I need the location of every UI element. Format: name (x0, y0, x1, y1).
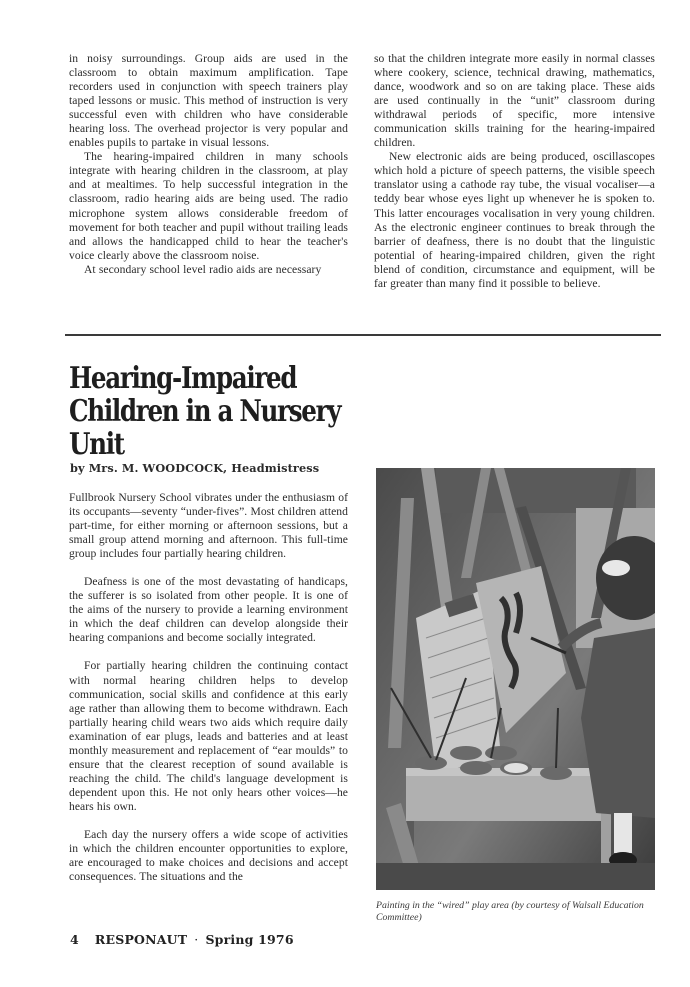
painting-child-photo-icon (376, 468, 655, 890)
article-body: Fullbrook Nursery School vibrates under … (69, 491, 348, 884)
paragraph: At secondary school level radio aids are… (69, 263, 348, 277)
title-line: Hearing-Impaired (69, 362, 348, 395)
top-left-column: in noisy surroundings. Group aids are us… (69, 52, 348, 277)
paragraph: For partially hearing children the conti… (69, 659, 348, 814)
title-line: Unit (69, 428, 348, 461)
photo-caption: Painting in the “wired” play area (by co… (376, 900, 661, 923)
page-number: 4 (70, 932, 79, 947)
paragraph: so that the children integrate more easi… (374, 52, 655, 150)
footer-separator: · (194, 932, 198, 947)
top-right-column: so that the children integrate more easi… (374, 52, 655, 291)
paragraph: Fullbrook Nursery School vibrates under … (69, 491, 348, 561)
paragraph: New electronic aids are being produced, … (374, 150, 655, 290)
paragraph: The hearing-impaired children in many sc… (69, 150, 348, 262)
title-line: Children in a Nursery (69, 395, 348, 428)
section-divider (65, 334, 661, 336)
paragraph: Deafness is one of the most devastating … (69, 575, 348, 645)
article-title: Hearing-Impaired Children in a Nursery U… (69, 362, 348, 461)
byline: by Mrs. M. WOODCOCK, Headmistress (70, 461, 319, 475)
publication-name: RESPONAUT (95, 932, 187, 947)
paragraph: Each day the nursery offers a wide scope… (69, 828, 348, 884)
paragraph: in noisy surroundings. Group aids are us… (69, 52, 348, 150)
page-footer: 4RESPONAUT·Spring 1976 (70, 932, 294, 947)
issue-date: Spring 1976 (205, 932, 293, 947)
article-photo (376, 468, 655, 890)
